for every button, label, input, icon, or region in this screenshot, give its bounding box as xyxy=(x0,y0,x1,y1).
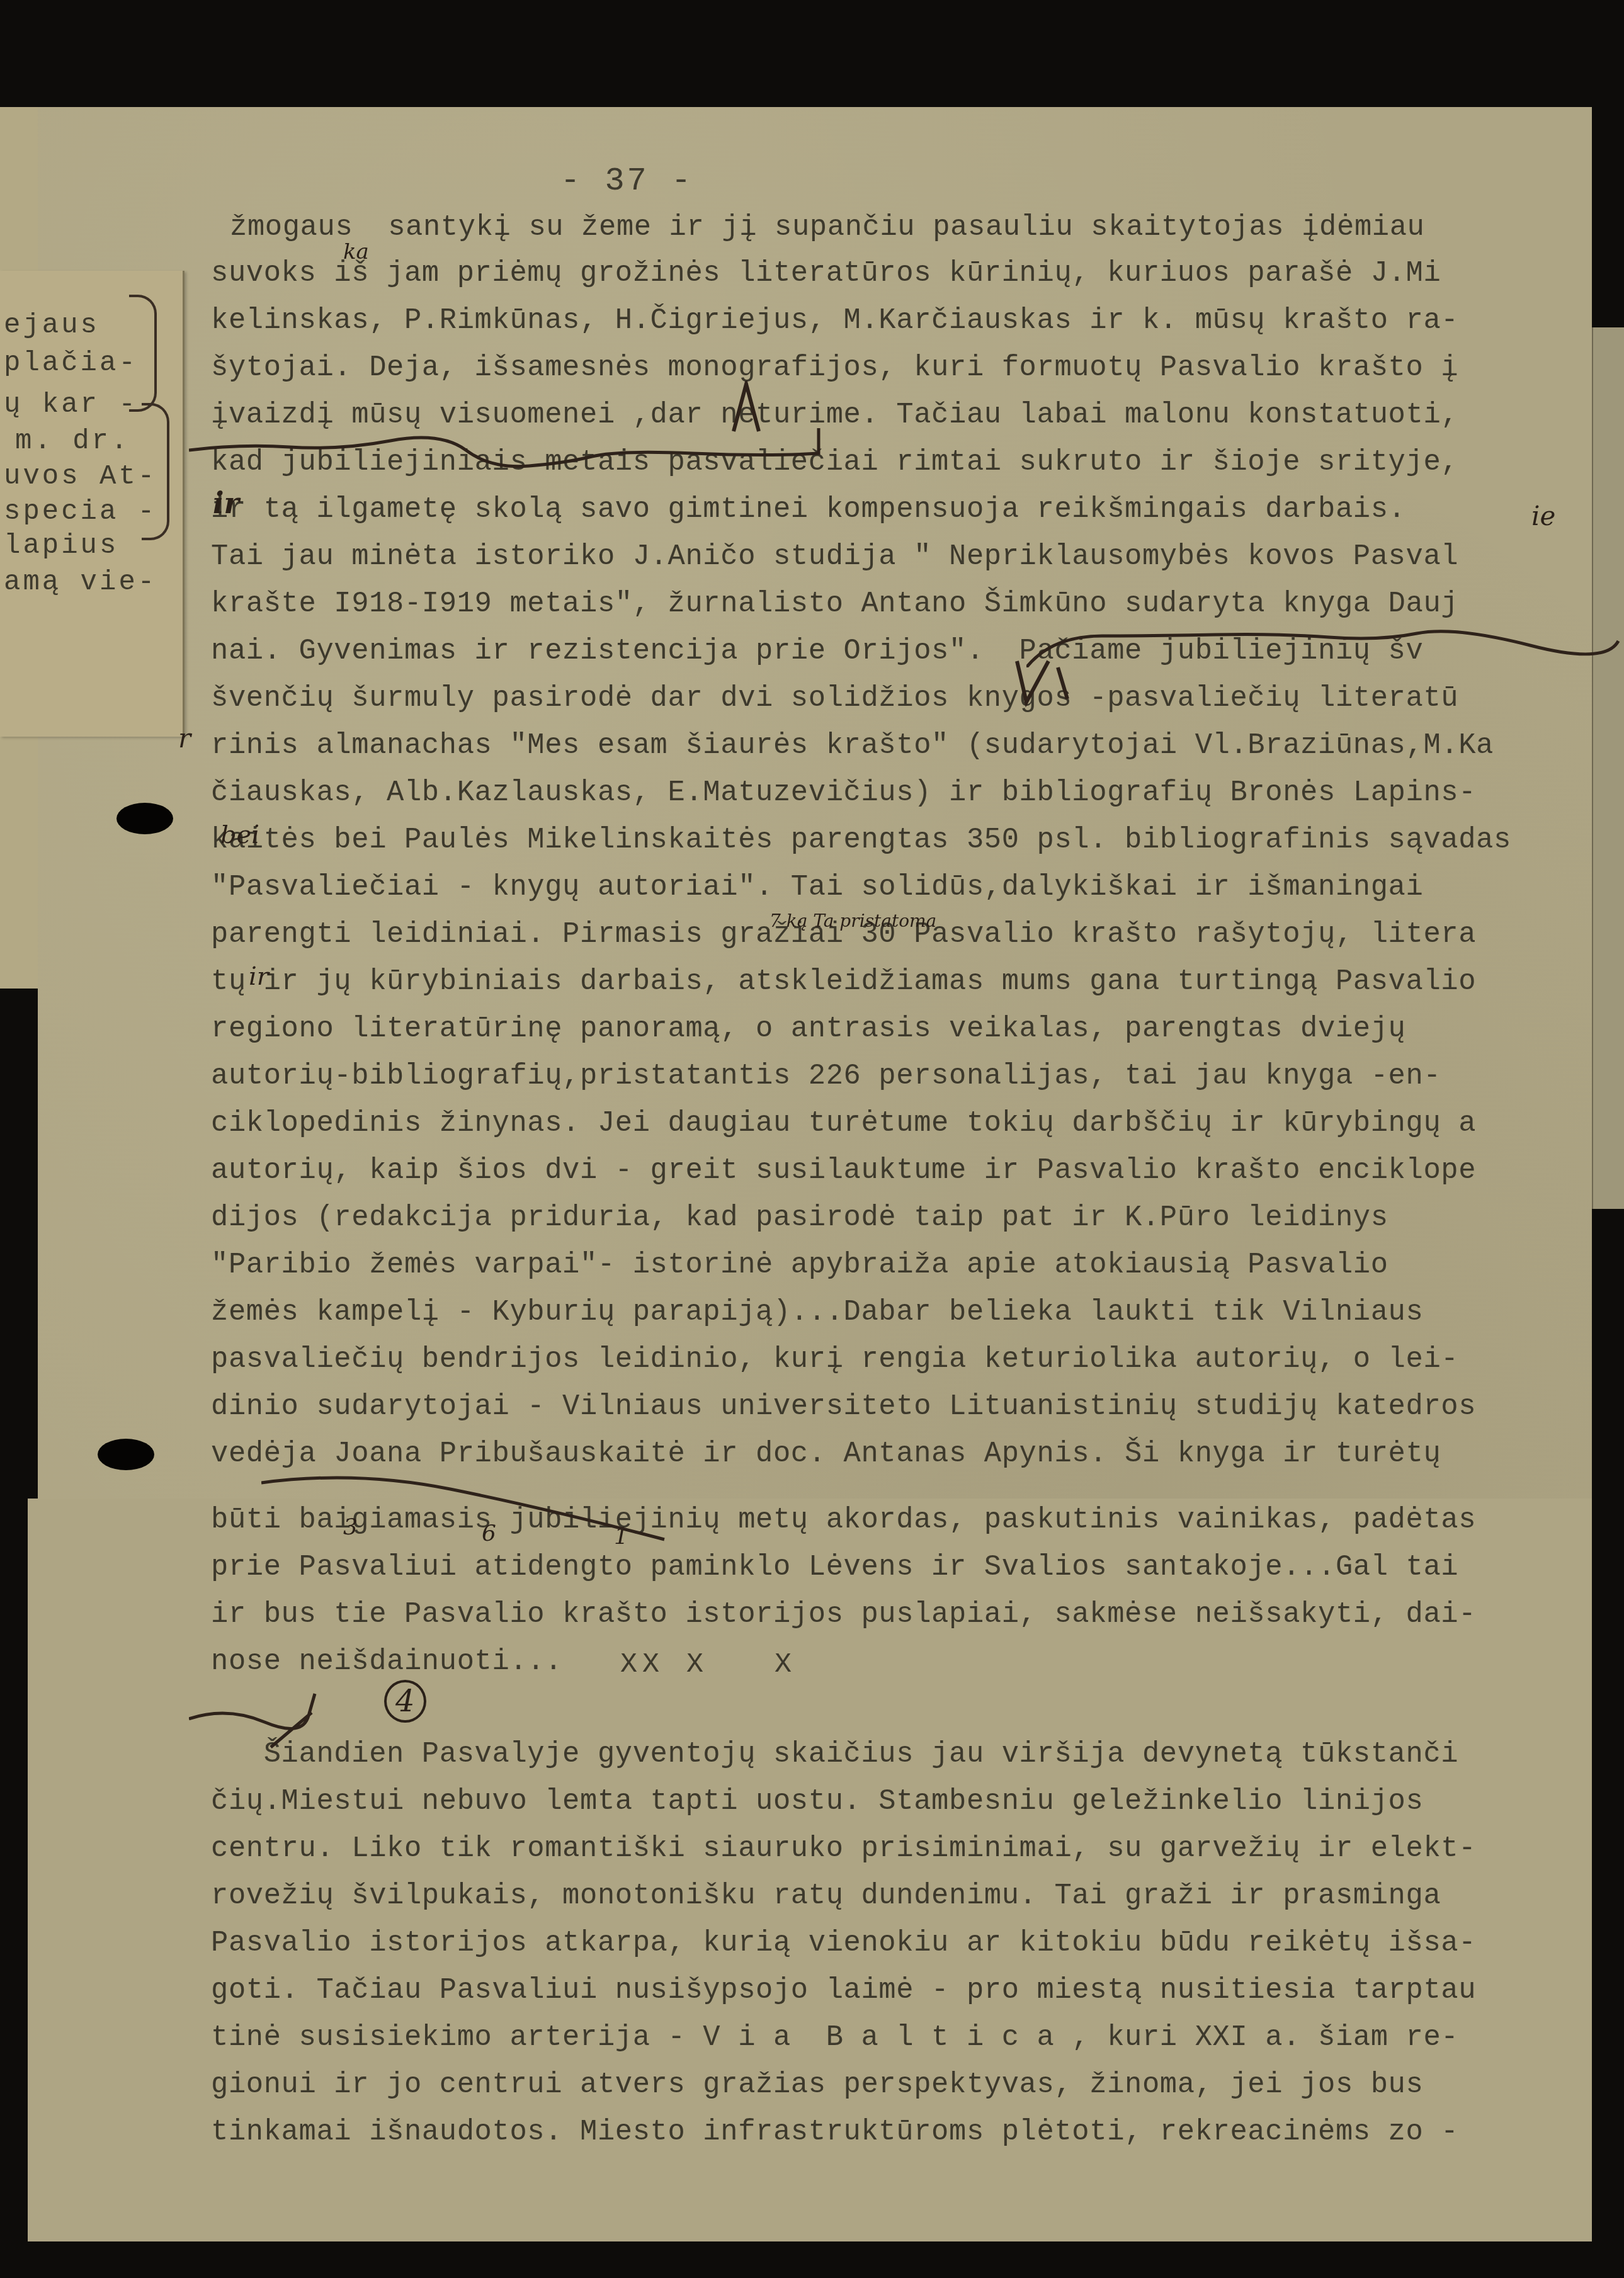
text-line: centru. Liko tik romantiški siauruko pri… xyxy=(211,1832,1476,1865)
page-number: - 37 - xyxy=(560,162,693,200)
text-line: "Pasvaliečiai - knygų autoriai". Tai sol… xyxy=(211,871,1423,904)
slip-line: ejaus xyxy=(4,310,99,341)
slip-line: lapius xyxy=(4,530,118,562)
text-line: ir bus tie Pasvalio krašto istorijos pus… xyxy=(211,1598,1476,1631)
handwritten-annotation: ir xyxy=(249,962,269,991)
bracket-mark xyxy=(142,403,169,540)
text-line: tinė susisiekimo arterija - V i a B a l … xyxy=(211,2021,1458,2054)
slip-line: amą vie- xyxy=(4,567,157,598)
text-line: kaitės bei Paulės Mikelinskaitės parengt… xyxy=(211,824,1511,856)
handwritten-annotation: ka xyxy=(343,239,369,264)
insert-caret-mark xyxy=(727,381,765,438)
text-line: prie Pasvaliui atidengto paminklo Lėvens… xyxy=(211,1551,1458,1584)
text-line: čių.Miestui nebuvo lemta tapti uostu. St… xyxy=(211,1785,1423,1818)
text-line: autorių-bibliografių,pristatantis 226 pe… xyxy=(211,1060,1441,1092)
punch-hole xyxy=(98,1439,154,1470)
handwritten-annotation: bei xyxy=(220,820,259,849)
slip-line: uvos At- xyxy=(4,461,157,492)
text-line: pasvaliečių bendrijos leidinio, kurį ren… xyxy=(211,1343,1458,1376)
text-line: šytojai. Deja, išsamesnės monografijos, … xyxy=(211,351,1458,384)
text-line: nose neišdainuoti... xyxy=(211,1645,562,1678)
text-line: Šiandien Pasvalyje gyventojų skaičius ja… xyxy=(211,1738,1458,1771)
text-line: ciklopedinis žinynas. Jei daugiau turėtu… xyxy=(211,1107,1476,1140)
text-line: gionui ir jo centrui atvers gražias pers… xyxy=(211,2068,1423,2101)
text-line: švenčių šurmuly pasirodė dar dvi solidži… xyxy=(211,682,1458,715)
handwritten-annotation: 7 ką Ta pristatoma xyxy=(769,910,936,931)
text-line: vedėja Joana Pribušauskaitė ir doc. Anta… xyxy=(211,1437,1441,1470)
text-line: Pasvalio istorijos atkarpa, kurią vienok… xyxy=(211,1927,1476,1959)
text-line: autorių, kaip šios dvi - greit susilaukt… xyxy=(211,1154,1476,1187)
text-line: ir tą ilgametę skolą savo gimtinei kompe… xyxy=(211,493,1406,526)
text-line: dinio sudarytojai - Vilniaus universitet… xyxy=(211,1390,1476,1423)
text-line: regiono literatūrinę panoramą, o antrasi… xyxy=(211,1012,1406,1045)
slip-line: ų kar - xyxy=(4,389,138,421)
slip-line: m. dr. xyxy=(15,426,130,457)
arrow-mark xyxy=(189,1687,378,1750)
text-line: žemės kampelį - Kyburių parapiją)...Daba… xyxy=(211,1296,1423,1329)
text-line: tinkamai išnaudotos. Miesto infrastruktū… xyxy=(211,2116,1458,2148)
wavy-strike-line xyxy=(1026,630,1624,667)
handwritten-annotation: ie xyxy=(1531,501,1555,531)
text-line: rovežių švilpukais, monotonišku ratų dun… xyxy=(211,1879,1441,1912)
bracket-mark xyxy=(129,295,157,412)
text-line: kelinskas, P.Rimkūnas, H.Čigriejus, M.Ka… xyxy=(211,304,1458,337)
text-line: dijos (redakcija priduria, kad pasirodė … xyxy=(211,1201,1388,1234)
slip-line: plačia- xyxy=(4,348,138,379)
text-line: krašte I918-I919 metais", žurnalisto Ant… xyxy=(211,587,1458,620)
handwritten-annotation: ir xyxy=(213,486,239,520)
page-binding-strip xyxy=(1592,327,1624,1209)
punch-hole xyxy=(116,803,173,834)
wavy-strike-line xyxy=(189,416,982,472)
slip-line: specia - xyxy=(4,496,157,528)
arc-strike-line xyxy=(261,1473,702,1543)
text-line: suvoks iš jam priėmų grožinės literatūro… xyxy=(211,257,1441,290)
insert-caret-mark xyxy=(1011,655,1086,711)
section-separator: XX X X xyxy=(620,1648,797,1680)
circled-number-annotation: 4 xyxy=(384,1680,426,1723)
text-line: "Paribio žemės varpai"- istorinė apybrai… xyxy=(211,1249,1388,1281)
text-line: rinis almanachas "Mes esam šiaurės krašt… xyxy=(211,729,1494,762)
handwritten-annotation: r xyxy=(178,723,191,754)
text-line: čiauskas, Alb.Kazlauskas, E.Matuzevičius… xyxy=(211,776,1476,809)
text-line: goti. Tačiau Pasvaliui nusišypsojo laimė… xyxy=(211,1974,1476,2007)
text-line: tų ir jų kūrybiniais darbais, atskleidži… xyxy=(211,965,1476,998)
text-line: žmogaus santykį su žeme ir jį supančiu p… xyxy=(230,211,1425,244)
text-line: Tai jau minėta istoriko J.Aničo studija … xyxy=(211,540,1458,573)
